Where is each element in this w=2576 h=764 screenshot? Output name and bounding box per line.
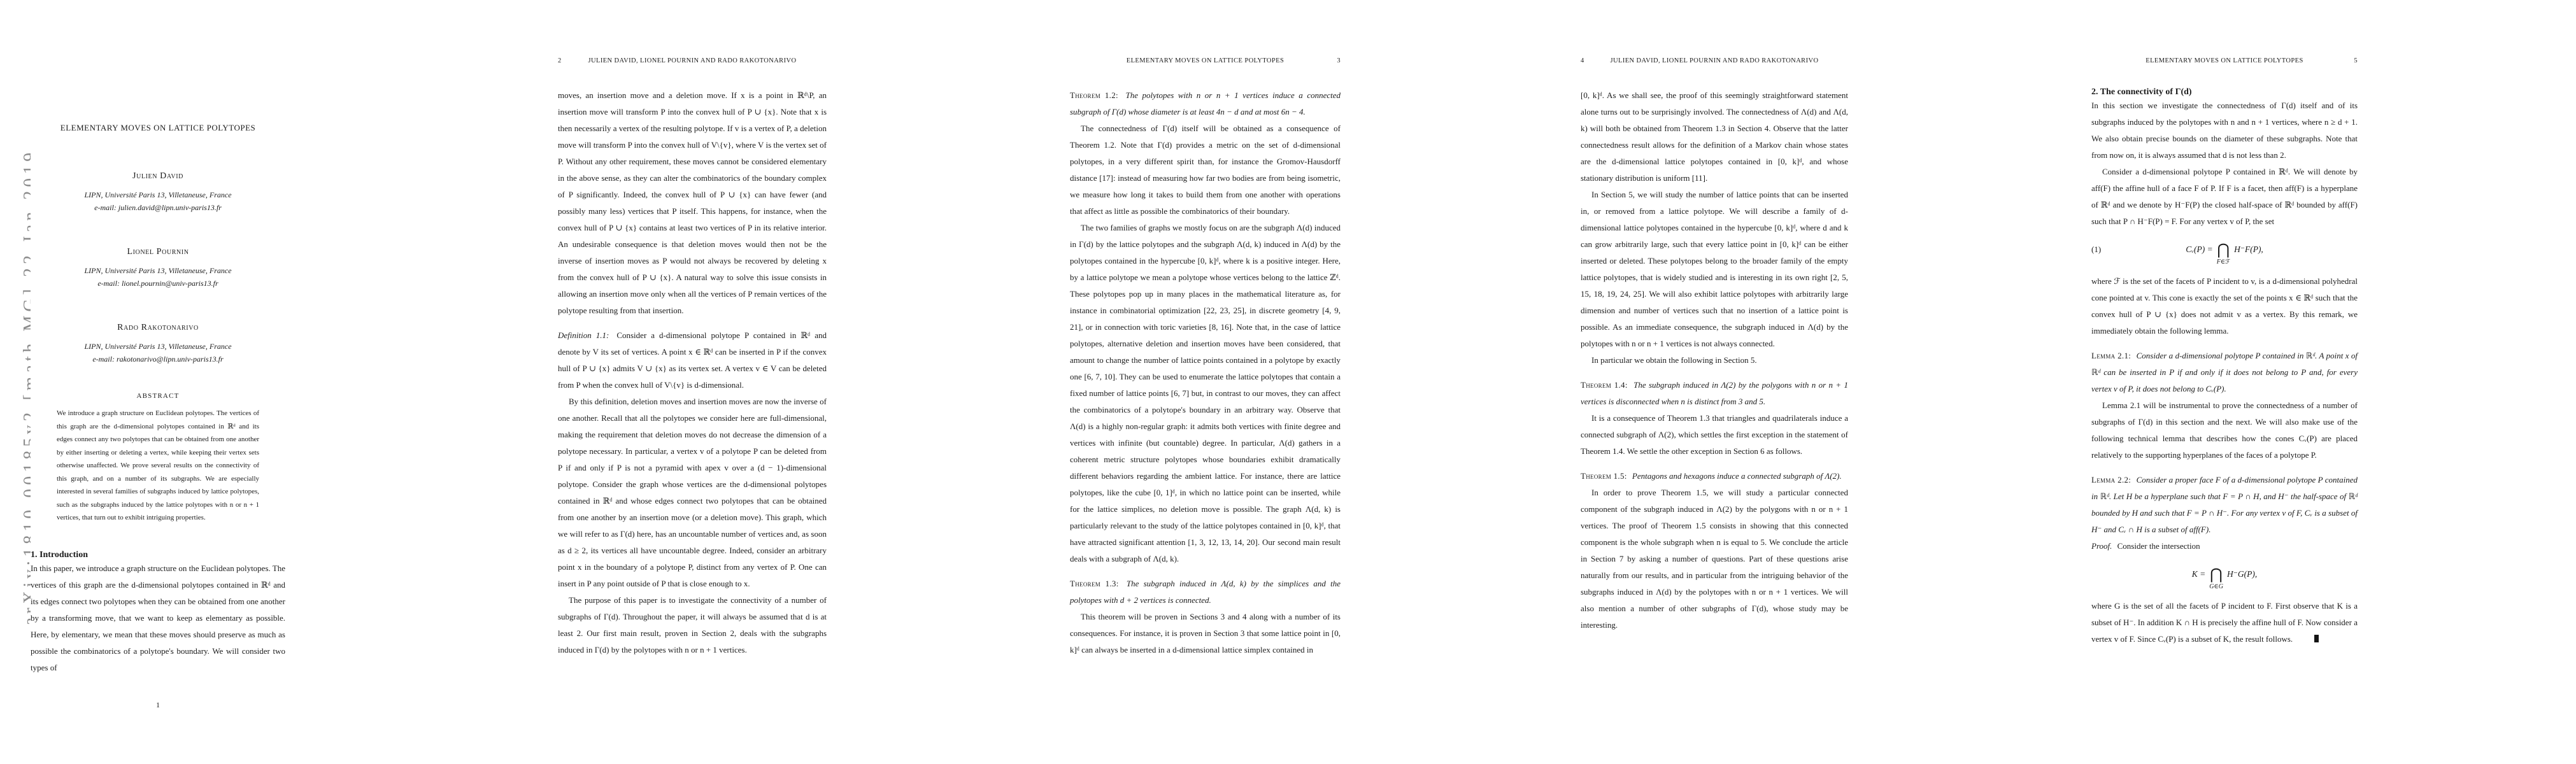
- running-header-title: JULIEN DAVID, LIONEL POURNIN AND RADO RA…: [1581, 57, 1848, 64]
- lemma-label: Lemma 2.1:: [2091, 351, 2131, 360]
- author-affiliation: LIPN, Université Paris 13, Villetaneuse,…: [31, 188, 285, 201]
- intersection-operator: ⋂: [2210, 565, 2223, 583]
- paragraph: In this section we investigate the conne…: [2091, 97, 2358, 164]
- abstract-heading: ABSTRACT: [31, 392, 285, 400]
- page-body: moves, an insertion move and a deletion …: [558, 87, 827, 658]
- paper-screenshot: { "stamp": { "text": "arXiv:1810.00185v2…: [0, 0, 2576, 764]
- running-header-page-number: 2: [558, 57, 562, 64]
- paragraph: where ℱ is the set of the facets of P in…: [2091, 273, 2358, 339]
- theorem-text: Pentagons and hexagons induce a connecte…: [1632, 471, 1842, 481]
- page-1: ELEMENTARY MOVES ON LATTICE POLYTOPES Ju…: [31, 0, 285, 764]
- paragraph: In Section 5, we will study the number o…: [1581, 187, 1848, 352]
- definition-label: Definition 1.1:: [558, 330, 609, 340]
- equation-1: (1) Cᵥ(P) = ⋂ F∈ℱ H⁻F(P),: [2091, 236, 2358, 271]
- page-body: 2. The connectivity of Γ(d) In this sect…: [2091, 87, 2358, 647]
- paragraph: The two families of graphs we mostly foc…: [1070, 220, 1341, 567]
- paragraph: In particular we obtain the following in…: [1581, 352, 1848, 369]
- author-name: Julien David: [31, 171, 285, 181]
- page-3: ELEMENTARY MOVES ON LATTICE POLYTOPES 3 …: [1070, 0, 1341, 764]
- running-header: ELEMENTARY MOVES ON LATTICE POLYTOPES 3: [1070, 57, 1341, 67]
- proof-opening: Proof. Consider the intersection: [2091, 538, 2358, 555]
- paragraph: [0, k]ᵈ. As we shall see, the proof of t…: [1581, 87, 1848, 187]
- equation-subscript: G∈G: [2209, 583, 2223, 590]
- theorem-label: Theorem 1.4:: [1581, 380, 1628, 390]
- proof-label: Proof.: [2091, 541, 2112, 551]
- author-affiliation-block: LIPN, Université Paris 13, Villetaneuse,…: [31, 340, 285, 365]
- theorem-1-2: Theorem 1.2: The polytopes with n or n +…: [1070, 87, 1341, 120]
- paper-title: ELEMENTARY MOVES ON LATTICE POLYTOPES: [31, 123, 285, 133]
- intro-paragraph: In this paper, we introduce a graph stru…: [31, 560, 285, 676]
- running-header-page-number: 4: [1581, 57, 1584, 64]
- author-name: Lionel Pournin: [31, 247, 285, 257]
- page-body: [0, k]ᵈ. As we shall see, the proof of t…: [1581, 87, 1848, 633]
- page-2: 2 JULIEN DAVID, LIONEL POURNIN AND RADO …: [558, 0, 827, 764]
- author-email: e-mail: julien.david@lipn.univ-paris13.f…: [31, 201, 285, 214]
- paragraph: The connectedness of Γ(d) itself will be…: [1070, 120, 1341, 220]
- running-header: ELEMENTARY MOVES ON LATTICE POLYTOPES 5: [2091, 57, 2358, 67]
- running-header-title: ELEMENTARY MOVES ON LATTICE POLYTOPES: [1070, 57, 1341, 64]
- running-header: 2 JULIEN DAVID, LIONEL POURNIN AND RADO …: [558, 57, 827, 67]
- author-affiliation-block: LIPN, Université Paris 13, Villetaneuse,…: [31, 188, 285, 214]
- page-5: ELEMENTARY MOVES ON LATTICE POLYTOPES 5 …: [2091, 0, 2358, 764]
- section-heading: 1. Introduction: [31, 550, 285, 560]
- proof-closing-paragraph: where G is the set of all the facets of …: [2091, 598, 2358, 647]
- lemma-text: Consider a d-dimensional polytope P cont…: [2091, 351, 2358, 393]
- n-ary-intersection: ⋂ G∈G: [2209, 565, 2223, 590]
- equation-number: (1): [2091, 244, 2101, 255]
- equation-rhs: H⁻F(P),: [2234, 241, 2263, 258]
- paragraph: It is a consequence of Theorem 1.3 that …: [1581, 410, 1848, 460]
- author-affiliation-block: LIPN, Université Paris 13, Villetaneuse,…: [31, 264, 285, 290]
- equation-2: K = ⋂ G∈G H⁻G(P),: [2091, 560, 2358, 596]
- paragraph: This theorem will be proven in Sections …: [1070, 609, 1341, 658]
- equation-lhs: Cᵥ(P) =: [2186, 241, 2213, 258]
- equation-rhs: H⁻G(P),: [2227, 565, 2257, 583]
- theorem-1-3: Theorem 1.3: The subgraph induced in Λ(d…: [1070, 576, 1341, 609]
- section-heading: 2. The connectivity of Γ(d): [2091, 87, 2358, 97]
- author-name: Rado Rakotonarivo: [31, 323, 285, 333]
- author-email: e-mail: rakotonarivo@lipn.univ-paris13.f…: [31, 353, 285, 365]
- equation-subscript: F∈ℱ: [2217, 258, 2230, 265]
- page-number: 1: [31, 700, 285, 710]
- paragraph: By this definition, deletion moves and i…: [558, 393, 827, 592]
- page-4: 4 JULIEN DAVID, LIONEL POURNIN AND RADO …: [1581, 0, 1848, 764]
- lemma-label: Lemma 2.2:: [2091, 475, 2131, 485]
- paragraph: In order to prove Theorem 1.5, we will s…: [1581, 485, 1848, 633]
- running-header-page-number: 5: [2354, 57, 2358, 64]
- proof-intro-text: Consider the intersection: [2117, 541, 2200, 551]
- lemma-text: Consider a proper face F of a d-dimensio…: [2091, 475, 2358, 534]
- intersection-operator: ⋂: [2217, 241, 2230, 258]
- running-header-page-number: 3: [1337, 57, 1341, 64]
- definition-1-1: Definition 1.1: Consider a d-dimensional…: [558, 327, 827, 393]
- running-header-title: JULIEN DAVID, LIONEL POURNIN AND RADO RA…: [558, 57, 827, 64]
- author-email: e-mail: lionel.pournin@univ-paris13.fr: [31, 277, 285, 290]
- theorem-label: Theorem 1.5:: [1581, 471, 1627, 481]
- author-affiliation: LIPN, Université Paris 13, Villetaneuse,…: [31, 264, 285, 277]
- paragraph: moves, an insertion move and a deletion …: [558, 87, 827, 319]
- running-header-title: ELEMENTARY MOVES ON LATTICE POLYTOPES: [2091, 57, 2358, 64]
- paragraph: Lemma 2.1 will be instrumental to prove …: [2091, 397, 2358, 463]
- n-ary-intersection: ⋂ F∈ℱ: [2217, 241, 2230, 265]
- lemma-2-2: Lemma 2.2: Consider a proper face F of a…: [2091, 472, 2358, 538]
- lemma-2-1: Lemma 2.1: Consider a d-dimensional poly…: [2091, 348, 2358, 397]
- running-header: 4 JULIEN DAVID, LIONEL POURNIN AND RADO …: [1581, 57, 1848, 67]
- theorem-label: Theorem 1.3:: [1070, 579, 1119, 588]
- theorem-label: Theorem 1.2:: [1070, 90, 1118, 100]
- equation-lhs: K =: [2192, 565, 2206, 583]
- page-body: Theorem 1.2: The polytopes with n or n +…: [1070, 87, 1341, 658]
- paragraph: The purpose of this paper is to investig…: [558, 592, 827, 658]
- abstract-text: We introduce a graph structure on Euclid…: [57, 407, 259, 525]
- theorem-1-5: Theorem 1.5: Pentagons and hexagons indu…: [1581, 468, 1848, 485]
- theorem-1-4: Theorem 1.4: The subgraph induced in Λ(2…: [1581, 377, 1848, 410]
- qed-tombstone: [2314, 635, 2319, 642]
- author-affiliation: LIPN, Université Paris 13, Villetaneuse,…: [31, 340, 285, 353]
- paragraph: Consider a d-dimensional polytope P cont…: [2091, 164, 2358, 230]
